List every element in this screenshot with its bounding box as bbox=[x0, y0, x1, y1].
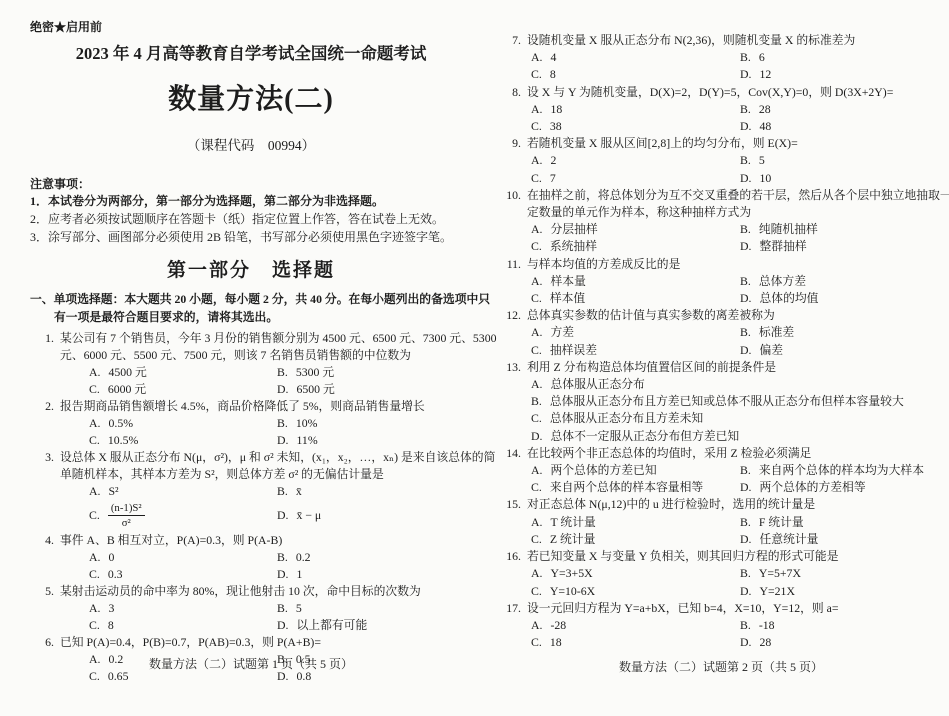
option-label: A. bbox=[89, 483, 100, 500]
option-text: x̄ − μ bbox=[296, 507, 321, 524]
option-text: 1 bbox=[296, 566, 302, 583]
option-label: A. bbox=[531, 376, 542, 393]
option-text: S² bbox=[108, 483, 118, 500]
option-text: 0.2 bbox=[296, 549, 311, 566]
option-text: 38 bbox=[550, 118, 562, 135]
option-text: 10.5% bbox=[108, 432, 138, 449]
option-item: C.8 bbox=[531, 66, 740, 83]
option-text: 28 bbox=[759, 634, 771, 651]
option-item: A.-28 bbox=[531, 617, 740, 634]
options-grid: A.总体服从正态分布B.总体服从正态分布且方差已知或总体不服从正态分布但样本容量… bbox=[527, 376, 945, 445]
option-label: D. bbox=[740, 66, 751, 83]
option-label: D. bbox=[277, 507, 288, 524]
option-text: 样本值 bbox=[550, 290, 585, 307]
option-text: 任意统计量 bbox=[759, 531, 818, 548]
option-item: D.以上都有可能 bbox=[277, 617, 472, 634]
option-text: 分层抽样 bbox=[550, 221, 597, 238]
option-item: D.28 bbox=[740, 634, 945, 651]
classification-banner: 绝密★启用前 bbox=[30, 18, 472, 35]
fraction: (n-1)S²σ² bbox=[108, 502, 145, 530]
option-text: -28 bbox=[550, 617, 566, 634]
option-text: 6500 元 bbox=[296, 381, 334, 398]
option-text: 抽样误差 bbox=[550, 342, 597, 359]
option-text: 来自两个总体的样本均为大样本 bbox=[759, 462, 924, 479]
option-label: C. bbox=[89, 381, 100, 398]
option-item: B.x̄ bbox=[277, 483, 472, 500]
option-text: 纯随机抽样 bbox=[759, 221, 818, 238]
question-item: 15.对正态总体 N(μ,12)中的 u 进行检验时，选用的统计量是A.T 统计… bbox=[497, 496, 945, 548]
option-item: B.5300 元 bbox=[277, 364, 472, 381]
question-item: 17.设一元回归方程为 Y=a+bX，已知 b=4，X=10，Y=12，则 a=… bbox=[497, 600, 945, 652]
question-stem-line: 与样本均值的方差成反比的是 bbox=[527, 256, 945, 273]
fraction-numerator: (n-1)S² bbox=[108, 502, 145, 516]
question-number: 13. bbox=[497, 359, 521, 445]
question-body: 在抽样之前，将总体划分为互不交叉重叠的若干层，然后从各个层中独立地抽取一定数量的… bbox=[527, 187, 945, 256]
option-item: D.48 bbox=[740, 118, 945, 135]
option-text: 8 bbox=[108, 617, 114, 634]
options-grid: A.4B.6C.8D.12 bbox=[527, 49, 945, 83]
option-item: D.任意统计量 bbox=[740, 531, 945, 548]
option-text: 7 bbox=[550, 170, 556, 187]
option-text: 总体服从正态分布且方差已知或总体不服从正态分布但样本容量较大 bbox=[550, 393, 904, 410]
question-item: 5.某射击运动员的命中率为 80%，现让他射击 10 次，命中目标的次数为A.3… bbox=[30, 583, 472, 634]
option-label: C. bbox=[531, 290, 542, 307]
option-label: A. bbox=[531, 49, 542, 66]
question-number: 16. bbox=[497, 548, 521, 600]
question-stem-line: 报告期商品销售额增长 4.5%，商品价格降低了 5%，则商品销售量增长 bbox=[60, 398, 472, 415]
page-1: 绝密★启用前 2023 年 4 月高等教育自学考试全国统一命题考试 数量方法(二… bbox=[30, 18, 472, 685]
option-label: C. bbox=[89, 566, 100, 583]
option-item: A.样本量 bbox=[531, 273, 740, 290]
question-item: 4.事件 A、B 相互对立，P(A)=0.3，则 P(A-B)A.0B.0.2C… bbox=[30, 532, 472, 583]
option-text: 总体服从正态分布且方差未知 bbox=[550, 410, 703, 427]
option-label: B. bbox=[277, 549, 288, 566]
option-text: 8 bbox=[550, 66, 556, 83]
question-number: 17. bbox=[497, 600, 521, 652]
option-item: A.4500 元 bbox=[89, 364, 277, 381]
question-number: 8. bbox=[497, 84, 521, 136]
option-item: C.6000 元 bbox=[89, 381, 277, 398]
option-label: A. bbox=[531, 324, 542, 341]
option-item: A.方差 bbox=[531, 324, 740, 341]
option-text: -18 bbox=[759, 617, 775, 634]
option-label: A. bbox=[531, 273, 542, 290]
option-item: D.偏差 bbox=[740, 342, 945, 359]
option-label: A. bbox=[531, 462, 542, 479]
option-item: B.0.2 bbox=[277, 549, 472, 566]
option-text: 标准差 bbox=[759, 324, 794, 341]
option-label: B. bbox=[740, 462, 751, 479]
question-body: 对正态总体 N(μ,12)中的 u 进行检验时，选用的统计量是A.T 统计量B.… bbox=[527, 496, 945, 548]
option-item: B.总体方差 bbox=[740, 273, 945, 290]
option-text: 0.3 bbox=[108, 566, 123, 583]
option-text: Y=21X bbox=[759, 583, 795, 600]
notice-item: 2．应考者必须按试题顺序在答题卡（纸）指定位置上作答，答在试卷上无效。 bbox=[30, 210, 472, 228]
option-label: D. bbox=[740, 583, 751, 600]
option-item: C.38 bbox=[531, 118, 740, 135]
option-label: D. bbox=[531, 428, 542, 445]
option-label: D. bbox=[277, 381, 288, 398]
option-label: C. bbox=[89, 617, 100, 634]
option-item: A.T 统计量 bbox=[531, 514, 740, 531]
page-footer-2: 数量方法（二）试题第 2 页（共 5 页） bbox=[497, 658, 945, 675]
question-stem-line: 设 X 与 Y 为随机变量，D(X)=2，D(Y)=5，Cov(X,Y)=0，则… bbox=[527, 84, 945, 101]
option-label: B. bbox=[740, 101, 751, 118]
option-label: B. bbox=[740, 514, 751, 531]
fraction-denominator: σ² bbox=[108, 516, 145, 529]
option-label: C. bbox=[531, 170, 542, 187]
option-text: 总体的均值 bbox=[759, 290, 818, 307]
question-body: 与样本均值的方差成反比的是A.样本量B.总体方差C.样本值D.总体的均值 bbox=[527, 256, 945, 308]
option-item: A.两个总体的方差已知 bbox=[531, 462, 740, 479]
question-number: 14. bbox=[497, 445, 521, 497]
option-item: B.5 bbox=[277, 600, 472, 617]
question-stem-line: 对正态总体 N(μ,12)中的 u 进行检验时，选用的统计量是 bbox=[527, 496, 945, 513]
option-item: B.来自两个总体的样本均为大样本 bbox=[740, 462, 945, 479]
question-body: 设 X 与 Y 为随机变量，D(X)=2，D(Y)=5，Cov(X,Y)=0，则… bbox=[527, 84, 945, 136]
option-label: B. bbox=[740, 152, 751, 169]
option-item: D.Y=21X bbox=[740, 583, 945, 600]
option-item: B.28 bbox=[740, 101, 945, 118]
question-stem-line: 在比较两个非正态总体的均值时，采用 Z 检验必须满足 bbox=[527, 445, 945, 462]
question-body: 在比较两个非正态总体的均值时，采用 Z 检验必须满足A.两个总体的方差已知B.来… bbox=[527, 445, 945, 497]
question-item: 11.与样本均值的方差成反比的是A.样本量B.总体方差C.样本值D.总体的均值 bbox=[497, 256, 945, 308]
option-label: C. bbox=[531, 531, 542, 548]
question-stem-line: 总体真实参数的估计值与真实参数的离差被称为 bbox=[527, 307, 945, 324]
option-text: T 统计量 bbox=[550, 514, 595, 531]
option-item: B.纯随机抽样 bbox=[740, 221, 945, 238]
options-grid: A.2B.5C.7D.10 bbox=[527, 152, 945, 186]
option-text: 5 bbox=[296, 600, 302, 617]
option-item: D.1 bbox=[277, 566, 472, 583]
option-item: A.分层抽样 bbox=[531, 221, 740, 238]
question-stem-line: 某射击运动员的命中率为 80%，现让他射击 10 次，命中目标的次数为 bbox=[60, 583, 472, 600]
options-grid: A.T 统计量B.F 统计量C.Z 统计量D.任意统计量 bbox=[527, 514, 945, 548]
options-grid: A.0B.0.2C.0.3D.1 bbox=[60, 549, 472, 583]
option-label: A. bbox=[89, 549, 100, 566]
questions-page-2: 7.设随机变量 X 服从正态分布 N(2,36)，则随机变量 X 的标准差为A.… bbox=[497, 32, 945, 651]
option-text: 4500 元 bbox=[108, 364, 146, 381]
option-label: D. bbox=[740, 238, 751, 255]
option-label: A. bbox=[531, 514, 542, 531]
option-item: B.总体服从正态分布且方差已知或总体不服从正态分布但样本容量较大 bbox=[531, 393, 945, 410]
option-text: 6000 元 bbox=[108, 381, 146, 398]
notice-item: 1．本试卷分为两部分，第一部分为选择题，第二部分为非选择题。 bbox=[30, 192, 472, 210]
question-stem-line: 事件 A、B 相互对立，P(A)=0.3，则 P(A-B) bbox=[60, 532, 472, 549]
option-label: B. bbox=[740, 49, 751, 66]
options-grid: A.样本量B.总体方差C.样本值D.总体的均值 bbox=[527, 273, 945, 307]
option-item: D.总体不一定服从正态分布但方差已知 bbox=[531, 428, 945, 445]
option-text: 方差 bbox=[550, 324, 574, 341]
option-text: 0.5% bbox=[108, 415, 133, 432]
option-label: C. bbox=[89, 507, 100, 524]
options-grid: A.S²B.x̄C.(n-1)S²σ²D.x̄ − μ bbox=[60, 483, 472, 532]
option-item: A.3 bbox=[89, 600, 277, 617]
option-text: x̄ bbox=[296, 483, 302, 500]
option-item: A.S² bbox=[89, 483, 277, 500]
option-item: C.Z 统计量 bbox=[531, 531, 740, 548]
question-item: 1.某公司有 7 个销售员，今年 3 月份的销售额分别为 4500 元、6500… bbox=[30, 330, 472, 398]
option-label: D. bbox=[740, 118, 751, 135]
option-text: 4 bbox=[550, 49, 556, 66]
option-label: D. bbox=[277, 617, 288, 634]
options-grid: A.方差B.标准差C.抽样误差D.偏差 bbox=[527, 324, 945, 358]
option-label: B. bbox=[277, 483, 288, 500]
section-intro-line: 一、单项选择题：本大题共 20 小题，每小题 2 分，共 40 分。在每小题列出… bbox=[30, 291, 472, 309]
question-stem-line: 若已知变量 X 与变量 Y 负相关，则其回归方程的形式可能是 bbox=[527, 548, 945, 565]
notice-item: 3．涂写部分、画图部分必须使用 2B 铅笔，书写部分必须使用黑色字迹签字笔。 bbox=[30, 228, 472, 246]
option-item: A.0 bbox=[89, 549, 277, 566]
option-text: 总体服从正态分布 bbox=[550, 376, 644, 393]
option-label: A. bbox=[89, 600, 100, 617]
option-text: 2 bbox=[550, 152, 556, 169]
option-item: D.10 bbox=[740, 170, 945, 187]
option-text: Y=3+5X bbox=[550, 565, 592, 582]
option-label: B. bbox=[740, 565, 751, 582]
question-body: 某公司有 7 个销售员，今年 3 月份的销售额分别为 4500 元、6500 元… bbox=[60, 330, 472, 398]
question-stem-line: 某公司有 7 个销售员，今年 3 月份的销售额分别为 4500 元、6500 元… bbox=[60, 330, 472, 347]
option-item: A.2 bbox=[531, 152, 740, 169]
option-text: 6 bbox=[759, 49, 765, 66]
question-number: 11. bbox=[497, 256, 521, 308]
option-label: B. bbox=[531, 393, 542, 410]
question-item: 8.设 X 与 Y 为随机变量，D(X)=2，D(Y)=5，Cov(X,Y)=0… bbox=[497, 84, 945, 136]
option-item: D.x̄ − μ bbox=[277, 500, 472, 532]
option-item: C.8 bbox=[89, 617, 277, 634]
option-item: A.0.5% bbox=[89, 415, 277, 432]
question-number: 1. bbox=[30, 330, 54, 398]
option-text: 总体不一定服从正态分布但方差已知 bbox=[550, 428, 739, 445]
option-text: 5 bbox=[759, 152, 765, 169]
options-grid: A.-28B.-18C.18D.28 bbox=[527, 617, 945, 651]
option-item: A.18 bbox=[531, 101, 740, 118]
option-item: D.6500 元 bbox=[277, 381, 472, 398]
page-2: 7.设随机变量 X 服从正态分布 N(2,36)，则随机变量 X 的标准差为A.… bbox=[497, 28, 945, 651]
option-text: 11% bbox=[296, 432, 317, 449]
question-stem-line: 元、6000 元、5500 元、7500 元，则该 7 名销售员销售额的中位数为 bbox=[60, 347, 472, 364]
question-item: 10.在抽样之前，将总体划分为互不交叉重叠的若干层，然后从各个层中独立地抽取一定… bbox=[497, 187, 945, 256]
option-text: 10% bbox=[296, 415, 318, 432]
option-text: 48 bbox=[759, 118, 771, 135]
question-item: 14.在比较两个非正态总体的均值时，采用 Z 检验必须满足A.两个总体的方差已知… bbox=[497, 445, 945, 497]
option-item: B.标准差 bbox=[740, 324, 945, 341]
option-item: C.总体服从正态分布且方差未知 bbox=[531, 410, 945, 427]
option-text: F 统计量 bbox=[759, 514, 804, 531]
option-text: 整群抽样 bbox=[759, 238, 806, 255]
options-grid: A.分层抽样B.纯随机抽样C.系统抽样D.整群抽样 bbox=[527, 221, 945, 255]
option-text: 28 bbox=[759, 101, 771, 118]
option-item: C.来自两个总体的样本容量相等 bbox=[531, 479, 740, 496]
question-body: 事件 A、B 相互对立，P(A)=0.3，则 P(A-B)A.0B.0.2C.0… bbox=[60, 532, 472, 583]
option-label: C. bbox=[531, 479, 542, 496]
option-item: B.10% bbox=[277, 415, 472, 432]
option-text: Y=5+7X bbox=[759, 565, 801, 582]
option-text: 样本量 bbox=[550, 273, 585, 290]
question-stem-line: 单随机样本，其样本方差为 S²，则总体方差 σ² 的无偏估计量是 bbox=[60, 466, 472, 483]
option-text: 12 bbox=[759, 66, 771, 83]
option-text: 两个总体的方差已知 bbox=[550, 462, 656, 479]
option-label: D. bbox=[740, 290, 751, 307]
option-text: 偏差 bbox=[759, 342, 783, 359]
option-item: C.(n-1)S²σ² bbox=[89, 500, 277, 532]
option-label: D. bbox=[740, 342, 751, 359]
option-label: D. bbox=[740, 170, 751, 187]
option-item: C.Y=10-6X bbox=[531, 583, 740, 600]
option-text: (n-1)S²σ² bbox=[108, 500, 145, 532]
option-label: C. bbox=[531, 238, 542, 255]
option-label: B. bbox=[740, 221, 751, 238]
notices-title: 注意事项： bbox=[30, 175, 472, 192]
option-label: A. bbox=[89, 415, 100, 432]
question-body: 设随机变量 X 服从正态分布 N(2,36)，则随机变量 X 的标准差为A.4B… bbox=[527, 32, 945, 84]
option-item: A.4 bbox=[531, 49, 740, 66]
question-number: 3. bbox=[30, 449, 54, 532]
option-item: B.6 bbox=[740, 49, 945, 66]
option-text: 10 bbox=[759, 170, 771, 187]
option-item: D.整群抽样 bbox=[740, 238, 945, 255]
subject-title: 数量方法(二) bbox=[30, 77, 472, 117]
options-grid: A.4500 元B.5300 元C.6000 元D.6500 元 bbox=[60, 364, 472, 398]
question-stem-line: 若随机变量 X 服从区间[2,8]上的均匀分布，则 E(X)= bbox=[527, 135, 945, 152]
option-label: C. bbox=[531, 410, 542, 427]
question-number: 5. bbox=[30, 583, 54, 634]
option-item: B.5 bbox=[740, 152, 945, 169]
option-item: B.Y=5+7X bbox=[740, 565, 945, 582]
option-item: B.-18 bbox=[740, 617, 945, 634]
question-item: 7.设随机变量 X 服从正态分布 N(2,36)，则随机变量 X 的标准差为A.… bbox=[497, 32, 945, 84]
notices-list: 1．本试卷分为两部分，第一部分为选择题，第二部分为非选择题。2．应考者必须按试题… bbox=[30, 192, 472, 246]
options-grid: A.18B.28C.38D.48 bbox=[527, 101, 945, 135]
question-body: 某射击运动员的命中率为 80%，现让他射击 10 次，命中目标的次数为A.3B.… bbox=[60, 583, 472, 634]
option-label: A. bbox=[531, 152, 542, 169]
question-item: 2.报告期商品销售额增长 4.5%，商品价格降低了 5%，则商品销售量增长A.0… bbox=[30, 398, 472, 449]
option-label: B. bbox=[740, 273, 751, 290]
question-stem-line: 设总体 X 服从正态分布 N(μ，σ²)，μ 和 σ² 未知，(x₁，x₂，…，… bbox=[60, 449, 472, 466]
section-intro: 一、单项选择题：本大题共 20 小题，每小题 2 分，共 40 分。在每小题列出… bbox=[30, 291, 472, 326]
question-item: 12.总体真实参数的估计值与真实参数的离差被称为A.方差B.标准差C.抽样误差D… bbox=[497, 307, 945, 359]
option-label: B. bbox=[740, 324, 751, 341]
question-stem-line: 定数量的单元作为样本，称这种抽样方式为 bbox=[527, 204, 945, 221]
question-item: 13.利用 Z 分布构造总体均值置信区间的前提条件是A.总体服从正态分布B.总体… bbox=[497, 359, 945, 445]
option-label: C. bbox=[531, 583, 542, 600]
option-label: A. bbox=[531, 101, 542, 118]
option-label: C. bbox=[531, 634, 542, 651]
question-number: 4. bbox=[30, 532, 54, 583]
option-label: D. bbox=[740, 479, 751, 496]
question-stem-line: 设一元回归方程为 Y=a+bX，已知 b=4，X=10，Y=12，则 a= bbox=[527, 600, 945, 617]
option-text: 以上都有可能 bbox=[296, 617, 367, 634]
question-body: 设一元回归方程为 Y=a+bX，已知 b=4，X=10，Y=12，则 a=A.-… bbox=[527, 600, 945, 652]
option-text: 18 bbox=[550, 101, 562, 118]
option-label: C. bbox=[89, 432, 100, 449]
question-number: 10. bbox=[497, 187, 521, 256]
option-item: B.F 统计量 bbox=[740, 514, 945, 531]
option-text: Y=10-6X bbox=[550, 583, 595, 600]
question-stem-line: 设随机变量 X 服从正态分布 N(2,36)，则随机变量 X 的标准差为 bbox=[527, 32, 945, 49]
option-label: D. bbox=[740, 531, 751, 548]
question-stem-line: 在抽样之前，将总体划分为互不交叉重叠的若干层，然后从各个层中独立地抽取一 bbox=[527, 187, 945, 204]
question-item: 3.设总体 X 服从正态分布 N(μ，σ²)，μ 和 σ² 未知，(x₁，x₂，… bbox=[30, 449, 472, 532]
option-text: 两个总体的方差相等 bbox=[759, 479, 865, 496]
question-body: 报告期商品销售额增长 4.5%，商品价格降低了 5%，则商品销售量增长A.0.5… bbox=[60, 398, 472, 449]
option-item: D.两个总体的方差相等 bbox=[740, 479, 945, 496]
option-item: C.系统抽样 bbox=[531, 238, 740, 255]
question-number: 2. bbox=[30, 398, 54, 449]
option-item: C.18 bbox=[531, 634, 740, 651]
options-grid: A.两个总体的方差已知B.来自两个总体的样本均为大样本C.来自两个总体的样本容量… bbox=[527, 462, 945, 496]
course-code: （课程代码 00994） bbox=[30, 134, 472, 154]
option-text: 来自两个总体的样本容量相等 bbox=[550, 479, 703, 496]
option-label: D. bbox=[277, 566, 288, 583]
option-label: B. bbox=[277, 364, 288, 381]
option-item: C.7 bbox=[531, 170, 740, 187]
question-stem-line: 已知 P(A)=0.4，P(B)=0.7，P(AB)=0.3，则 P(A+B)= bbox=[60, 634, 472, 651]
option-label: B. bbox=[277, 600, 288, 617]
option-item: C.0.3 bbox=[89, 566, 277, 583]
option-text: 3 bbox=[108, 600, 114, 617]
question-number: 7. bbox=[497, 32, 521, 84]
option-label: A. bbox=[531, 221, 542, 238]
option-text: 5300 元 bbox=[296, 364, 334, 381]
part-heading: 第一部分 选择题 bbox=[30, 255, 472, 282]
option-item: A.Y=3+5X bbox=[531, 565, 740, 582]
page-footer-1: 数量方法（二）试题第 1 页（共 5 页） bbox=[30, 655, 472, 672]
section-intro-line: 有一项是最符合题目要求的，请将其选出。 bbox=[30, 309, 472, 327]
option-item: D.总体的均值 bbox=[740, 290, 945, 307]
exam-title: 2023 年 4 月高等教育自学考试全国统一命题考试 bbox=[30, 40, 472, 64]
option-text: 0 bbox=[108, 549, 114, 566]
question-body: 若随机变量 X 服从区间[2,8]上的均匀分布，则 E(X)=A.2B.5C.7… bbox=[527, 135, 945, 187]
option-label: B. bbox=[277, 415, 288, 432]
question-number: 12. bbox=[497, 307, 521, 359]
question-number: 9. bbox=[497, 135, 521, 187]
questions-page-1: 1.某公司有 7 个销售员，今年 3 月份的销售额分别为 4500 元、6500… bbox=[30, 330, 472, 685]
question-body: 若已知变量 X 与变量 Y 负相关，则其回归方程的形式可能是A.Y=3+5XB.… bbox=[527, 548, 945, 600]
option-item: C.抽样误差 bbox=[531, 342, 740, 359]
options-grid: A.3B.5C.8D.以上都有可能 bbox=[60, 600, 472, 634]
option-text: 18 bbox=[550, 634, 562, 651]
question-number: 15. bbox=[497, 496, 521, 548]
option-text: 总体方差 bbox=[759, 273, 806, 290]
question-body: 利用 Z 分布构造总体均值置信区间的前提条件是A.总体服从正态分布B.总体服从正… bbox=[527, 359, 945, 445]
question-item: 16.若已知变量 X 与变量 Y 负相关，则其回归方程的形式可能是A.Y=3+5… bbox=[497, 548, 945, 600]
question-stem-line: 利用 Z 分布构造总体均值置信区间的前提条件是 bbox=[527, 359, 945, 376]
question-body: 设总体 X 服从正态分布 N(μ，σ²)，μ 和 σ² 未知，(x₁，x₂，…，… bbox=[60, 449, 472, 532]
option-item: A.总体服从正态分布 bbox=[531, 376, 945, 393]
option-item: C.样本值 bbox=[531, 290, 740, 307]
option-label: C. bbox=[531, 118, 542, 135]
option-label: A. bbox=[531, 617, 542, 634]
option-label: D. bbox=[740, 634, 751, 651]
option-text: 系统抽样 bbox=[550, 238, 597, 255]
option-label: B. bbox=[740, 617, 751, 634]
question-item: 9.若随机变量 X 服从区间[2,8]上的均匀分布，则 E(X)=A.2B.5C… bbox=[497, 135, 945, 187]
option-item: D.12 bbox=[740, 66, 945, 83]
option-label: D. bbox=[277, 432, 288, 449]
question-body: 总体真实参数的估计值与真实参数的离差被称为A.方差B.标准差C.抽样误差D.偏差 bbox=[527, 307, 945, 359]
option-label: A. bbox=[89, 364, 100, 381]
options-grid: A.Y=3+5XB.Y=5+7XC.Y=10-6XD.Y=21X bbox=[527, 565, 945, 599]
options-grid: A.0.5%B.10%C.10.5%D.11% bbox=[60, 415, 472, 449]
option-label: C. bbox=[531, 342, 542, 359]
option-label: A. bbox=[531, 565, 542, 582]
option-text: Z 统计量 bbox=[550, 531, 596, 548]
option-label: C. bbox=[531, 66, 542, 83]
option-item: C.10.5% bbox=[89, 432, 277, 449]
option-item: D.11% bbox=[277, 432, 472, 449]
